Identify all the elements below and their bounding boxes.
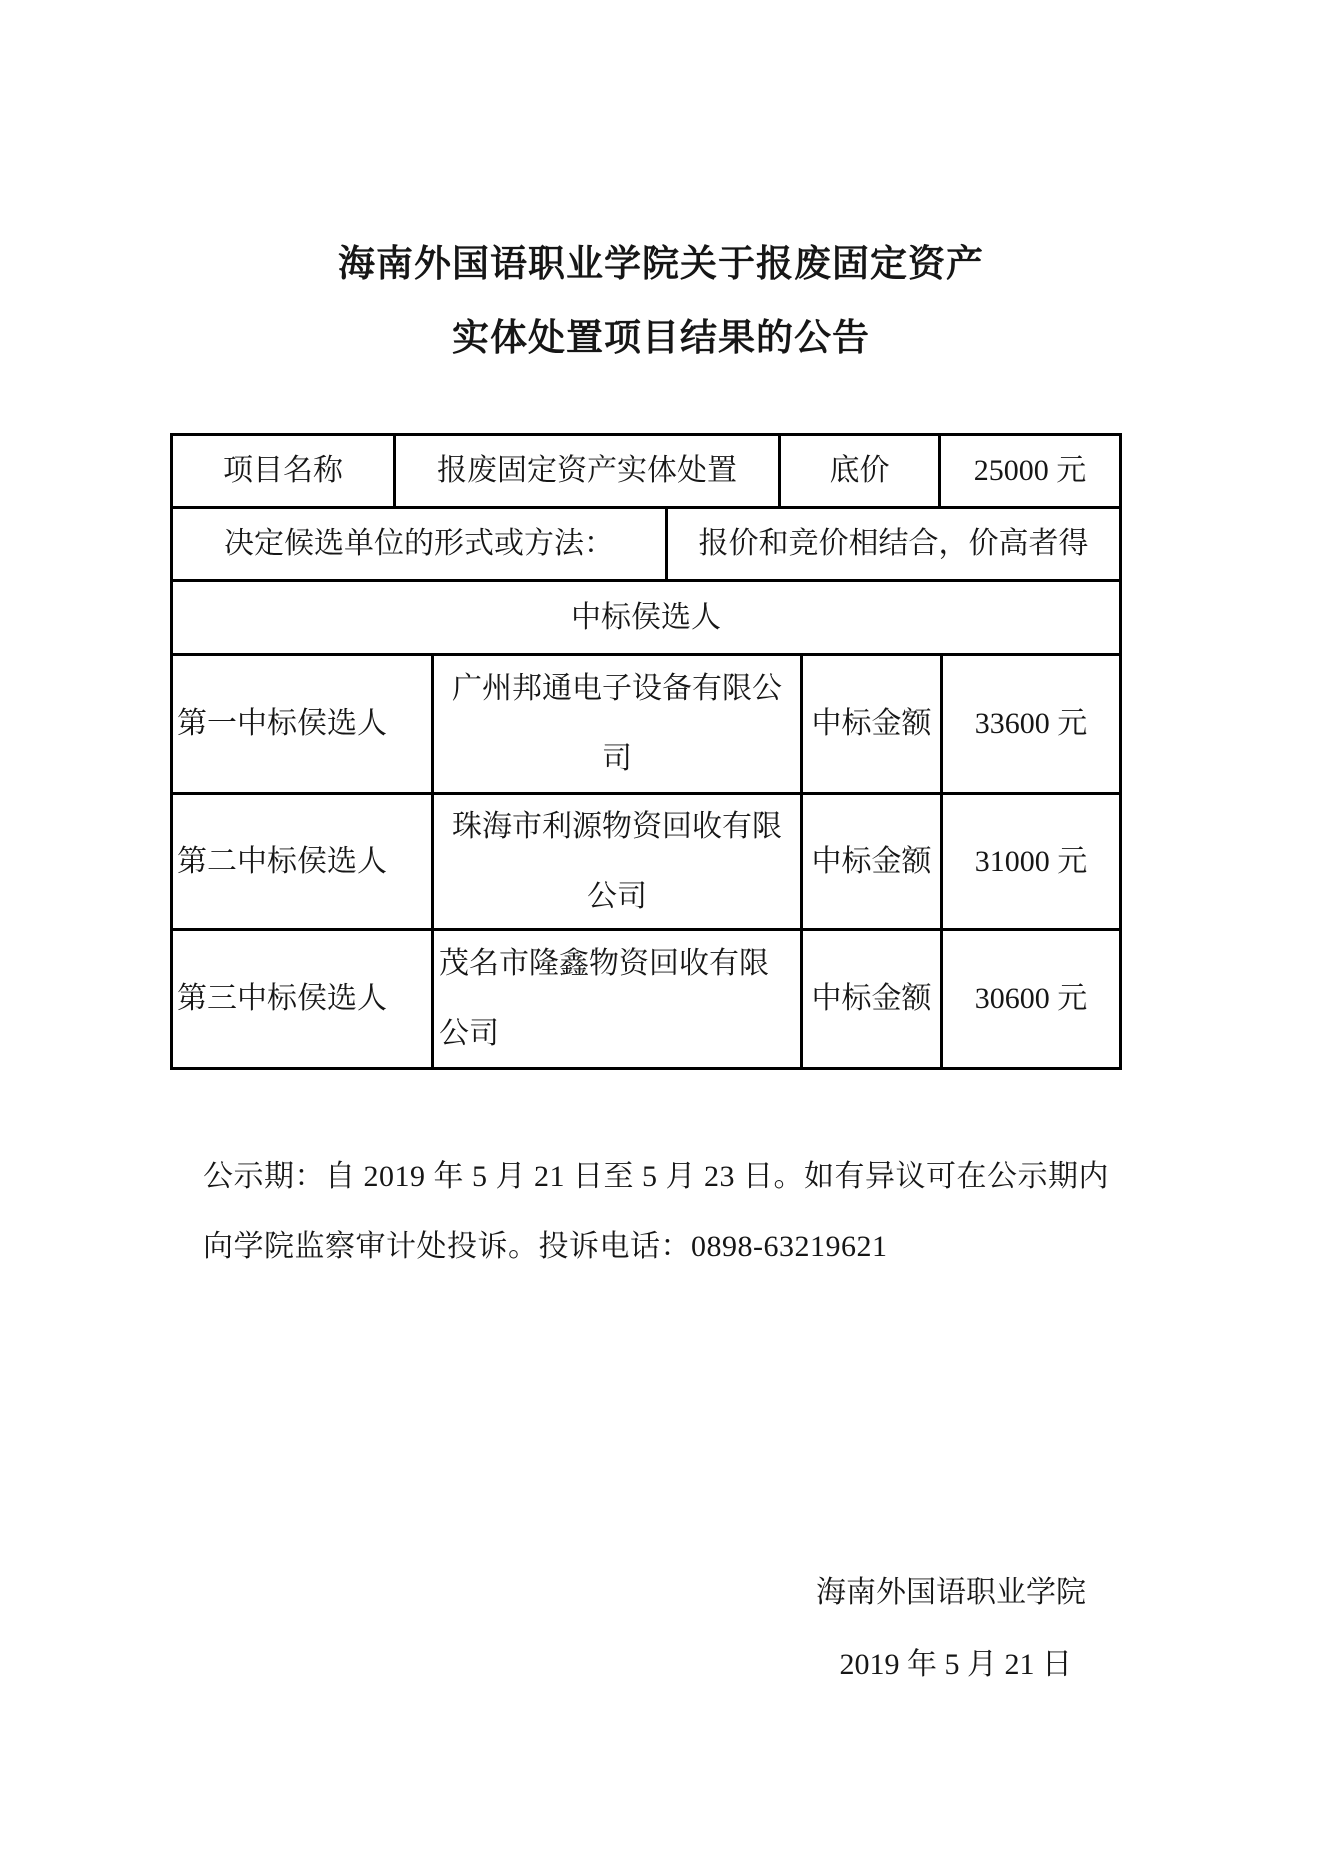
base-price-label: 底价: [778, 436, 938, 506]
table-row-candidate-3: 第三中标侯选人 茂名市隆鑫物资回收有限公司 中标金额 30600 元: [173, 928, 1119, 1067]
project-name-label: 项目名称: [173, 436, 393, 506]
candidate-3-amount-value: 30600 元: [940, 931, 1119, 1067]
signature-date: 2019 年 5 月 21 日: [0, 1629, 1086, 1701]
base-price-value: 25000 元: [938, 436, 1119, 506]
section-header-candidates: 中标侯选人: [173, 582, 1119, 653]
candidate-3-rank-label: 第三中标侯选人: [173, 931, 431, 1067]
title-line-2: 实体处置项目结果的公告: [0, 302, 1322, 376]
signature-organization: 海南外国语职业学院: [0, 1557, 1086, 1629]
table-row-candidate-2: 第二中标侯选人 珠海市利源物资回收有限公司 中标金额 31000 元: [173, 792, 1119, 928]
candidate-2-amount-label: 中标金额: [800, 795, 940, 928]
bid-results-table: 项目名称 报废固定资产实体处置 底价 25000 元 决定候选单位的形式或方法：…: [170, 433, 1122, 1070]
title-line-1: 海南外国语职业学院关于报废固定资产: [0, 228, 1322, 302]
candidate-2-company: 珠海市利源物资回收有限公司: [431, 795, 800, 928]
document-title: 海南外国语职业学院关于报废固定资产 实体处置项目结果的公告: [0, 228, 1322, 376]
candidate-1-company: 广州邦通电子设备有限公司: [431, 656, 800, 792]
project-name-value: 报废固定资产实体处置: [393, 436, 778, 506]
public-notice-paragraph: 公示期：自 2019 年 5 月 21 日至 5 月 23 日。如有异议可在公示…: [203, 1142, 1133, 1282]
table-row-candidate-1: 第一中标侯选人 广州邦通电子设备有限公司 中标金额 33600 元: [173, 653, 1119, 792]
table-row-method: 决定候选单位的形式或方法： 报价和竞价相结合，价高者得: [173, 506, 1119, 579]
document-page: 海南外国语职业学院关于报废固定资产 实体处置项目结果的公告 项目名称 报废固定资…: [0, 0, 1322, 1871]
notice-line-2: 向学院监察审计处投诉。投诉电话：0898-63219621: [203, 1212, 1133, 1282]
candidate-2-amount-value: 31000 元: [940, 795, 1119, 928]
table-row-section-header: 中标侯选人: [173, 579, 1119, 653]
signature-block: 海南外国语职业学院 2019 年 5 月 21 日: [0, 1557, 1322, 1701]
candidate-1-amount-label: 中标金额: [800, 656, 940, 792]
candidate-1-rank-label: 第一中标侯选人: [173, 656, 431, 792]
candidate-2-rank-label: 第二中标侯选人: [173, 795, 431, 928]
selection-method-value: 报价和竞价相结合，价高者得: [665, 509, 1119, 579]
candidate-3-amount-label: 中标金额: [800, 931, 940, 1067]
candidate-1-amount-value: 33600 元: [940, 656, 1119, 792]
candidate-3-company: 茂名市隆鑫物资回收有限公司: [431, 931, 800, 1067]
notice-line-1: 公示期：自 2019 年 5 月 21 日至 5 月 23 日。如有异议可在公示…: [203, 1142, 1133, 1212]
table-row-project: 项目名称 报废固定资产实体处置 底价 25000 元: [173, 436, 1119, 506]
selection-method-label: 决定候选单位的形式或方法：: [173, 509, 665, 579]
